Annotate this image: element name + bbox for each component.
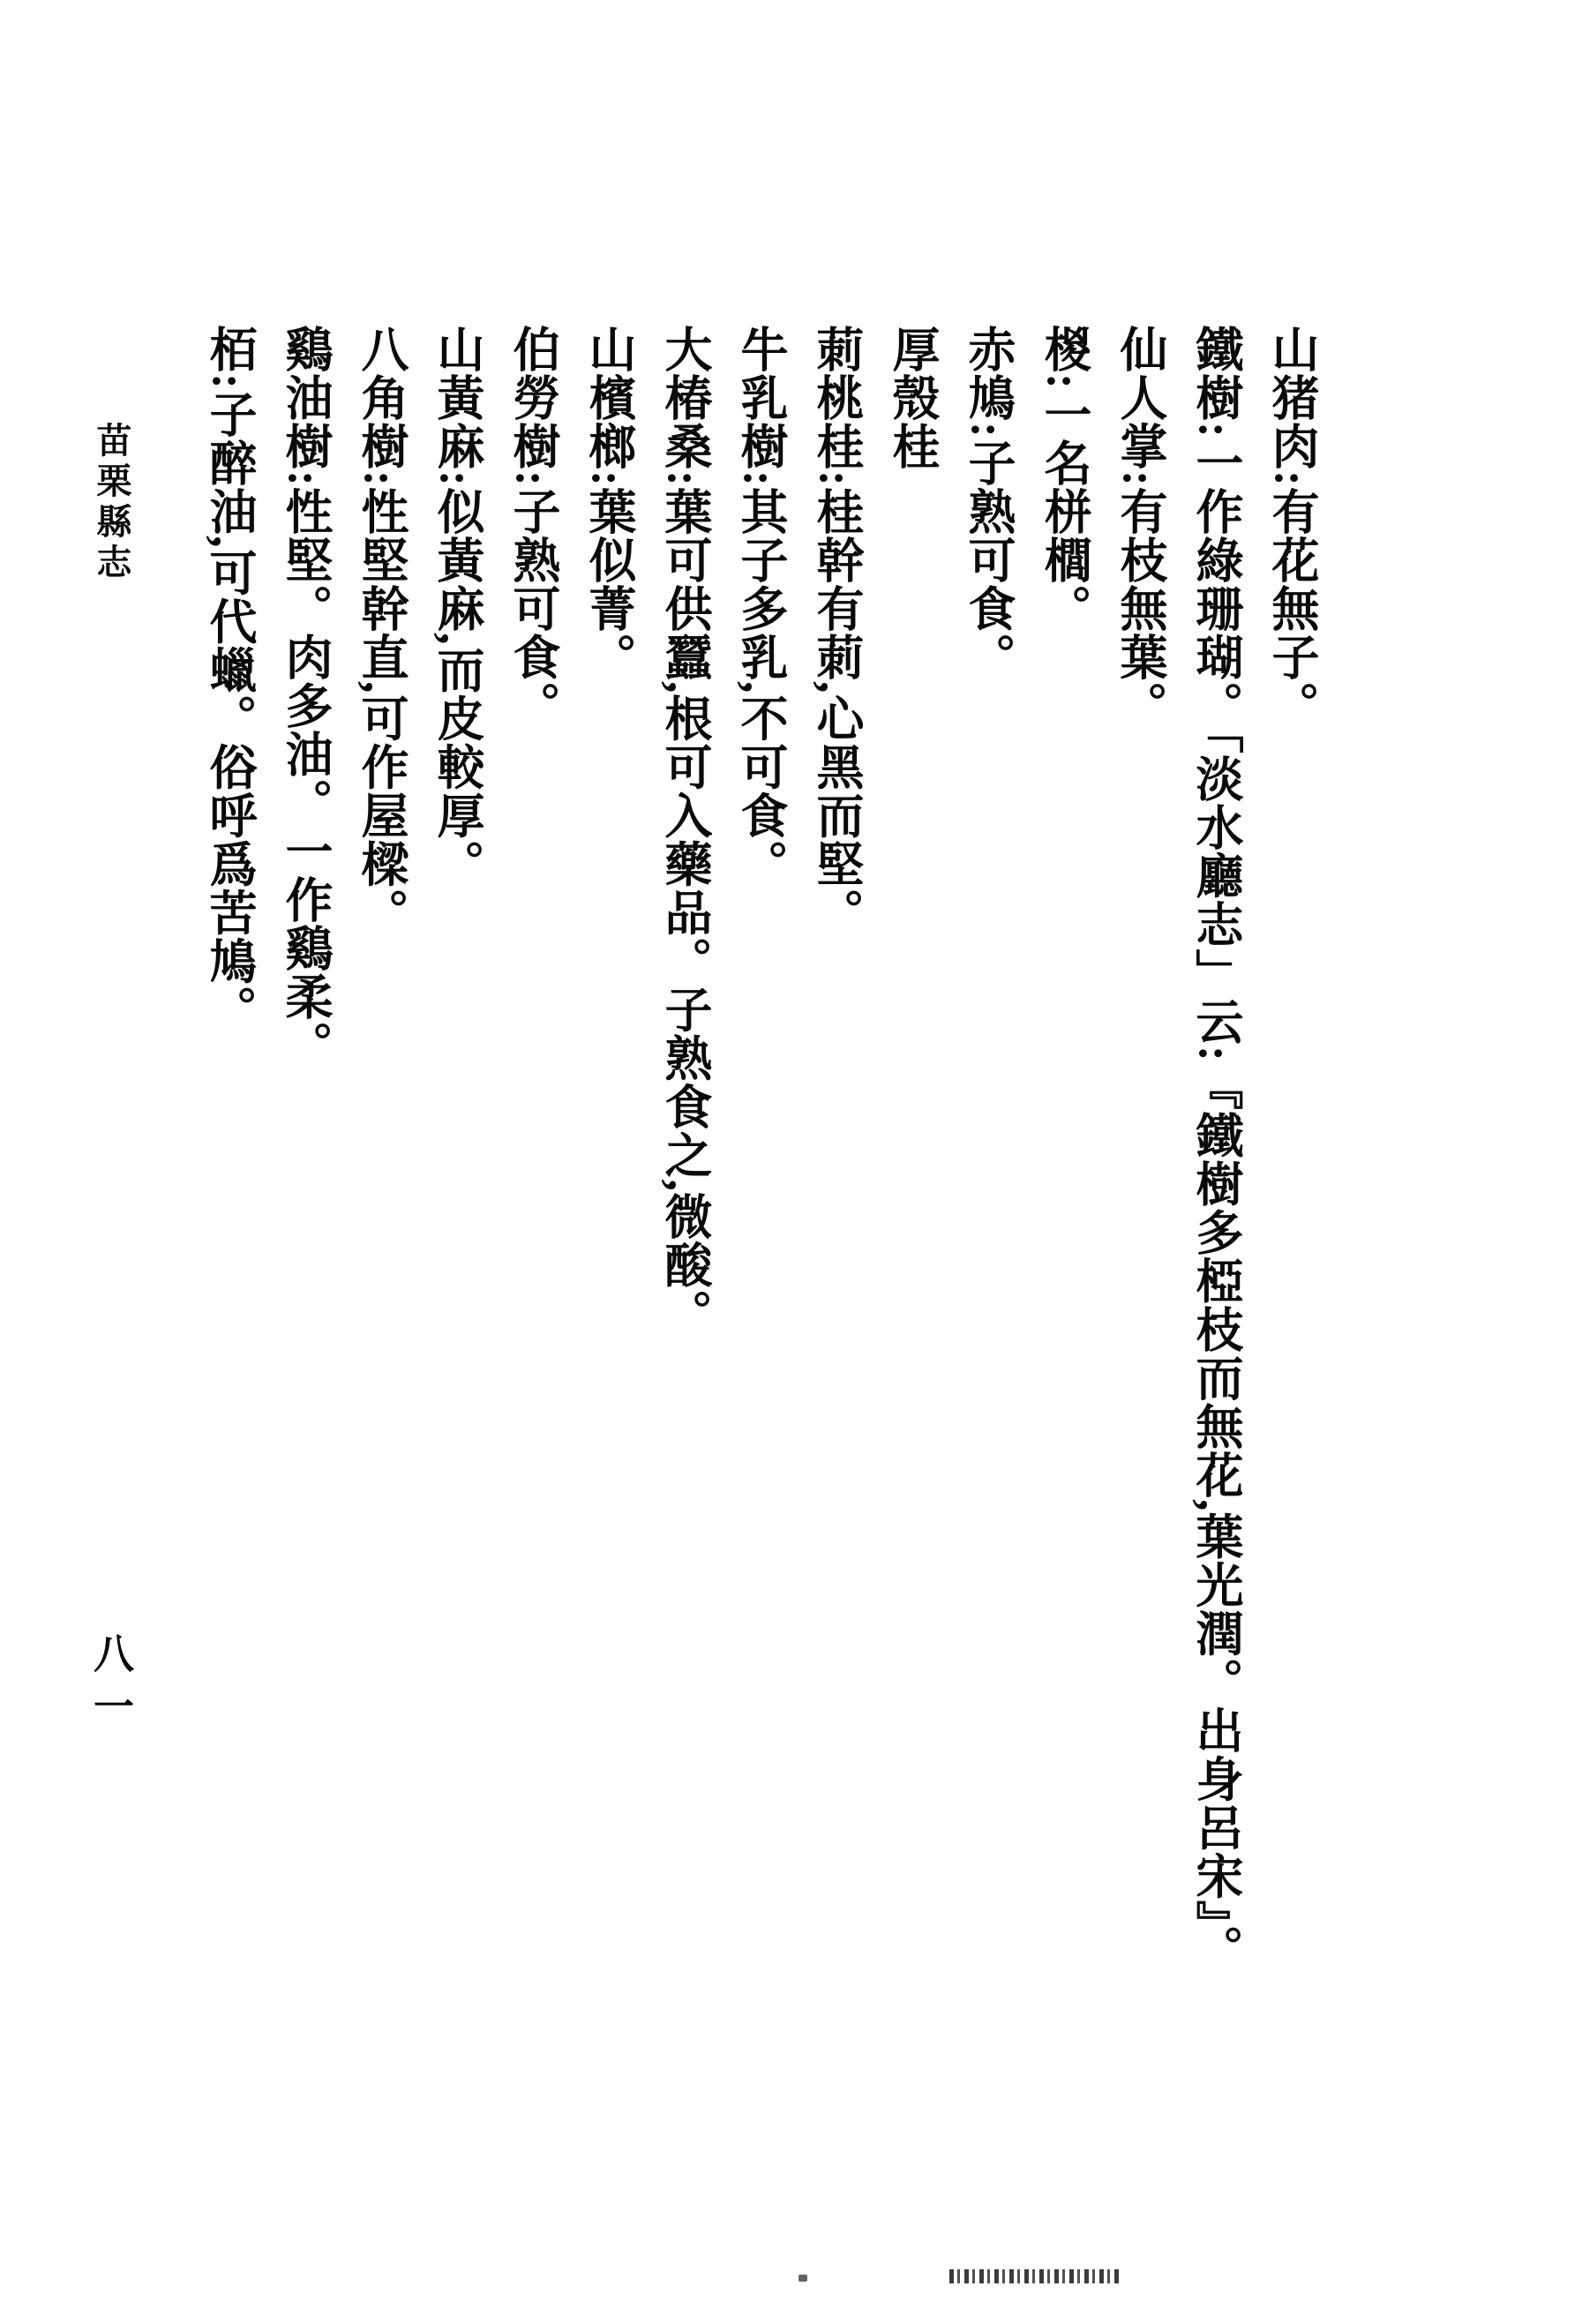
entry-body: :有枝無葉。 xyxy=(1113,470,1166,730)
entry-term: 山黃麻 xyxy=(431,325,484,470)
entry-term: 大椿桑 xyxy=(658,325,711,470)
entry-body: :子醉油,可代蠟。俗呼爲苦鳩。 xyxy=(203,373,256,1033)
entry-term: 鐵樹 xyxy=(1189,325,1242,422)
entry-body: :子熟可食。 xyxy=(506,470,559,730)
entry-column: 赤鳩:子熟可食。 xyxy=(950,325,1026,2125)
entry-term: 椶 xyxy=(1038,325,1091,373)
entry-body: :性堅。肉多油。一作鷄柔。 xyxy=(279,470,332,1069)
scan-artifact xyxy=(949,2269,1119,2283)
entry-column: 鷄油樹:性堅。肉多油。一作鷄柔。 xyxy=(267,325,343,2125)
entry-term: 山檳榔 xyxy=(582,325,635,470)
entry-term: 仙人掌 xyxy=(1113,325,1166,470)
entry-term: 厚殼桂 xyxy=(886,325,939,470)
entry-body: :桂幹有莿,心黑而堅。 xyxy=(810,470,863,936)
entry-body: :子熟可食。 xyxy=(962,422,1015,681)
entry-column: 伯勞樹:子熟可食。 xyxy=(495,325,571,2125)
entry-column: 山檳榔:葉似菁。 xyxy=(571,325,647,2125)
entry-column: 莿桃桂:桂幹有莿,心黑而堅。 xyxy=(798,325,874,2125)
entry-column: 山黃麻:似黃麻,而皮較厚。 xyxy=(419,325,495,2125)
entry-body: :其子多乳,不可食。 xyxy=(734,470,787,888)
entry-body: :似黃麻,而皮較厚。 xyxy=(431,470,484,888)
entry-term: 山猪肉 xyxy=(1265,325,1318,470)
entry-column: 大椿桑:葉可供蠶,根可入藥品。子熟食之,微酸。 xyxy=(647,325,723,2125)
entry-body: :性堅幹直,可作屋樑。 xyxy=(355,470,408,936)
entry-list: 山猪肉:有花無子。 鐵樹:一作綠珊瑚。「淡水廳志」云:『鐵樹多椏枝而無花,葉光潤… xyxy=(191,325,1330,2125)
entry-term: 八角樹 xyxy=(355,325,408,470)
entry-term: 牛乳樹 xyxy=(734,325,787,470)
entry-body: :葉可供蠶,根可入藥品。子熟食之,微酸。 xyxy=(658,470,711,1338)
entry-term: 鷄油樹 xyxy=(279,325,332,470)
entry-term: 莿桃桂 xyxy=(810,325,863,470)
entry-column: 八角樹:性堅幹直,可作屋樑。 xyxy=(343,325,419,2125)
entry-column: 山猪肉:有花無子。 xyxy=(1254,325,1330,2125)
scan-speck xyxy=(798,2275,807,2282)
entry-column: 栢:子醉油,可代蠟。俗呼爲苦鳩。 xyxy=(191,325,267,2125)
entry-column: 鐵樹:一作綠珊瑚。「淡水廳志」云:『鐵樹多椏枝而無花,葉光潤。出身呂宋』。 xyxy=(1178,325,1254,2125)
entry-term: 赤鳩 xyxy=(962,325,1015,422)
entry-body: :葉似菁。 xyxy=(582,470,635,681)
entry-column: 牛乳樹:其子多乳,不可食。 xyxy=(723,325,798,2125)
entry-body: :一作綠珊瑚。「淡水廳志」云:『鐵樹多椏枝而無花,葉光潤。出身呂宋』。 xyxy=(1189,422,1242,1973)
page-number: 八一 xyxy=(81,1632,139,1738)
entry-body: :有花無子。 xyxy=(1265,470,1318,730)
entry-term: 伯勞樹 xyxy=(506,325,559,470)
entry-column: 仙人掌:有枝無葉。 xyxy=(1102,325,1178,2125)
entry-body: :一名栟櫚。 xyxy=(1038,373,1091,633)
scanned-book-page: 山猪肉:有花無子。 鐵樹:一作綠珊瑚。「淡水廳志」云:『鐵樹多椏枝而無花,葉光潤… xyxy=(0,0,1582,2324)
entry-term: 栢 xyxy=(203,325,256,373)
entry-column: 椶:一名栟櫚。 xyxy=(1026,325,1102,2125)
entry-column: 厚殼桂 xyxy=(874,325,950,2125)
book-margin-title: 苗栗縣志 xyxy=(86,422,137,584)
